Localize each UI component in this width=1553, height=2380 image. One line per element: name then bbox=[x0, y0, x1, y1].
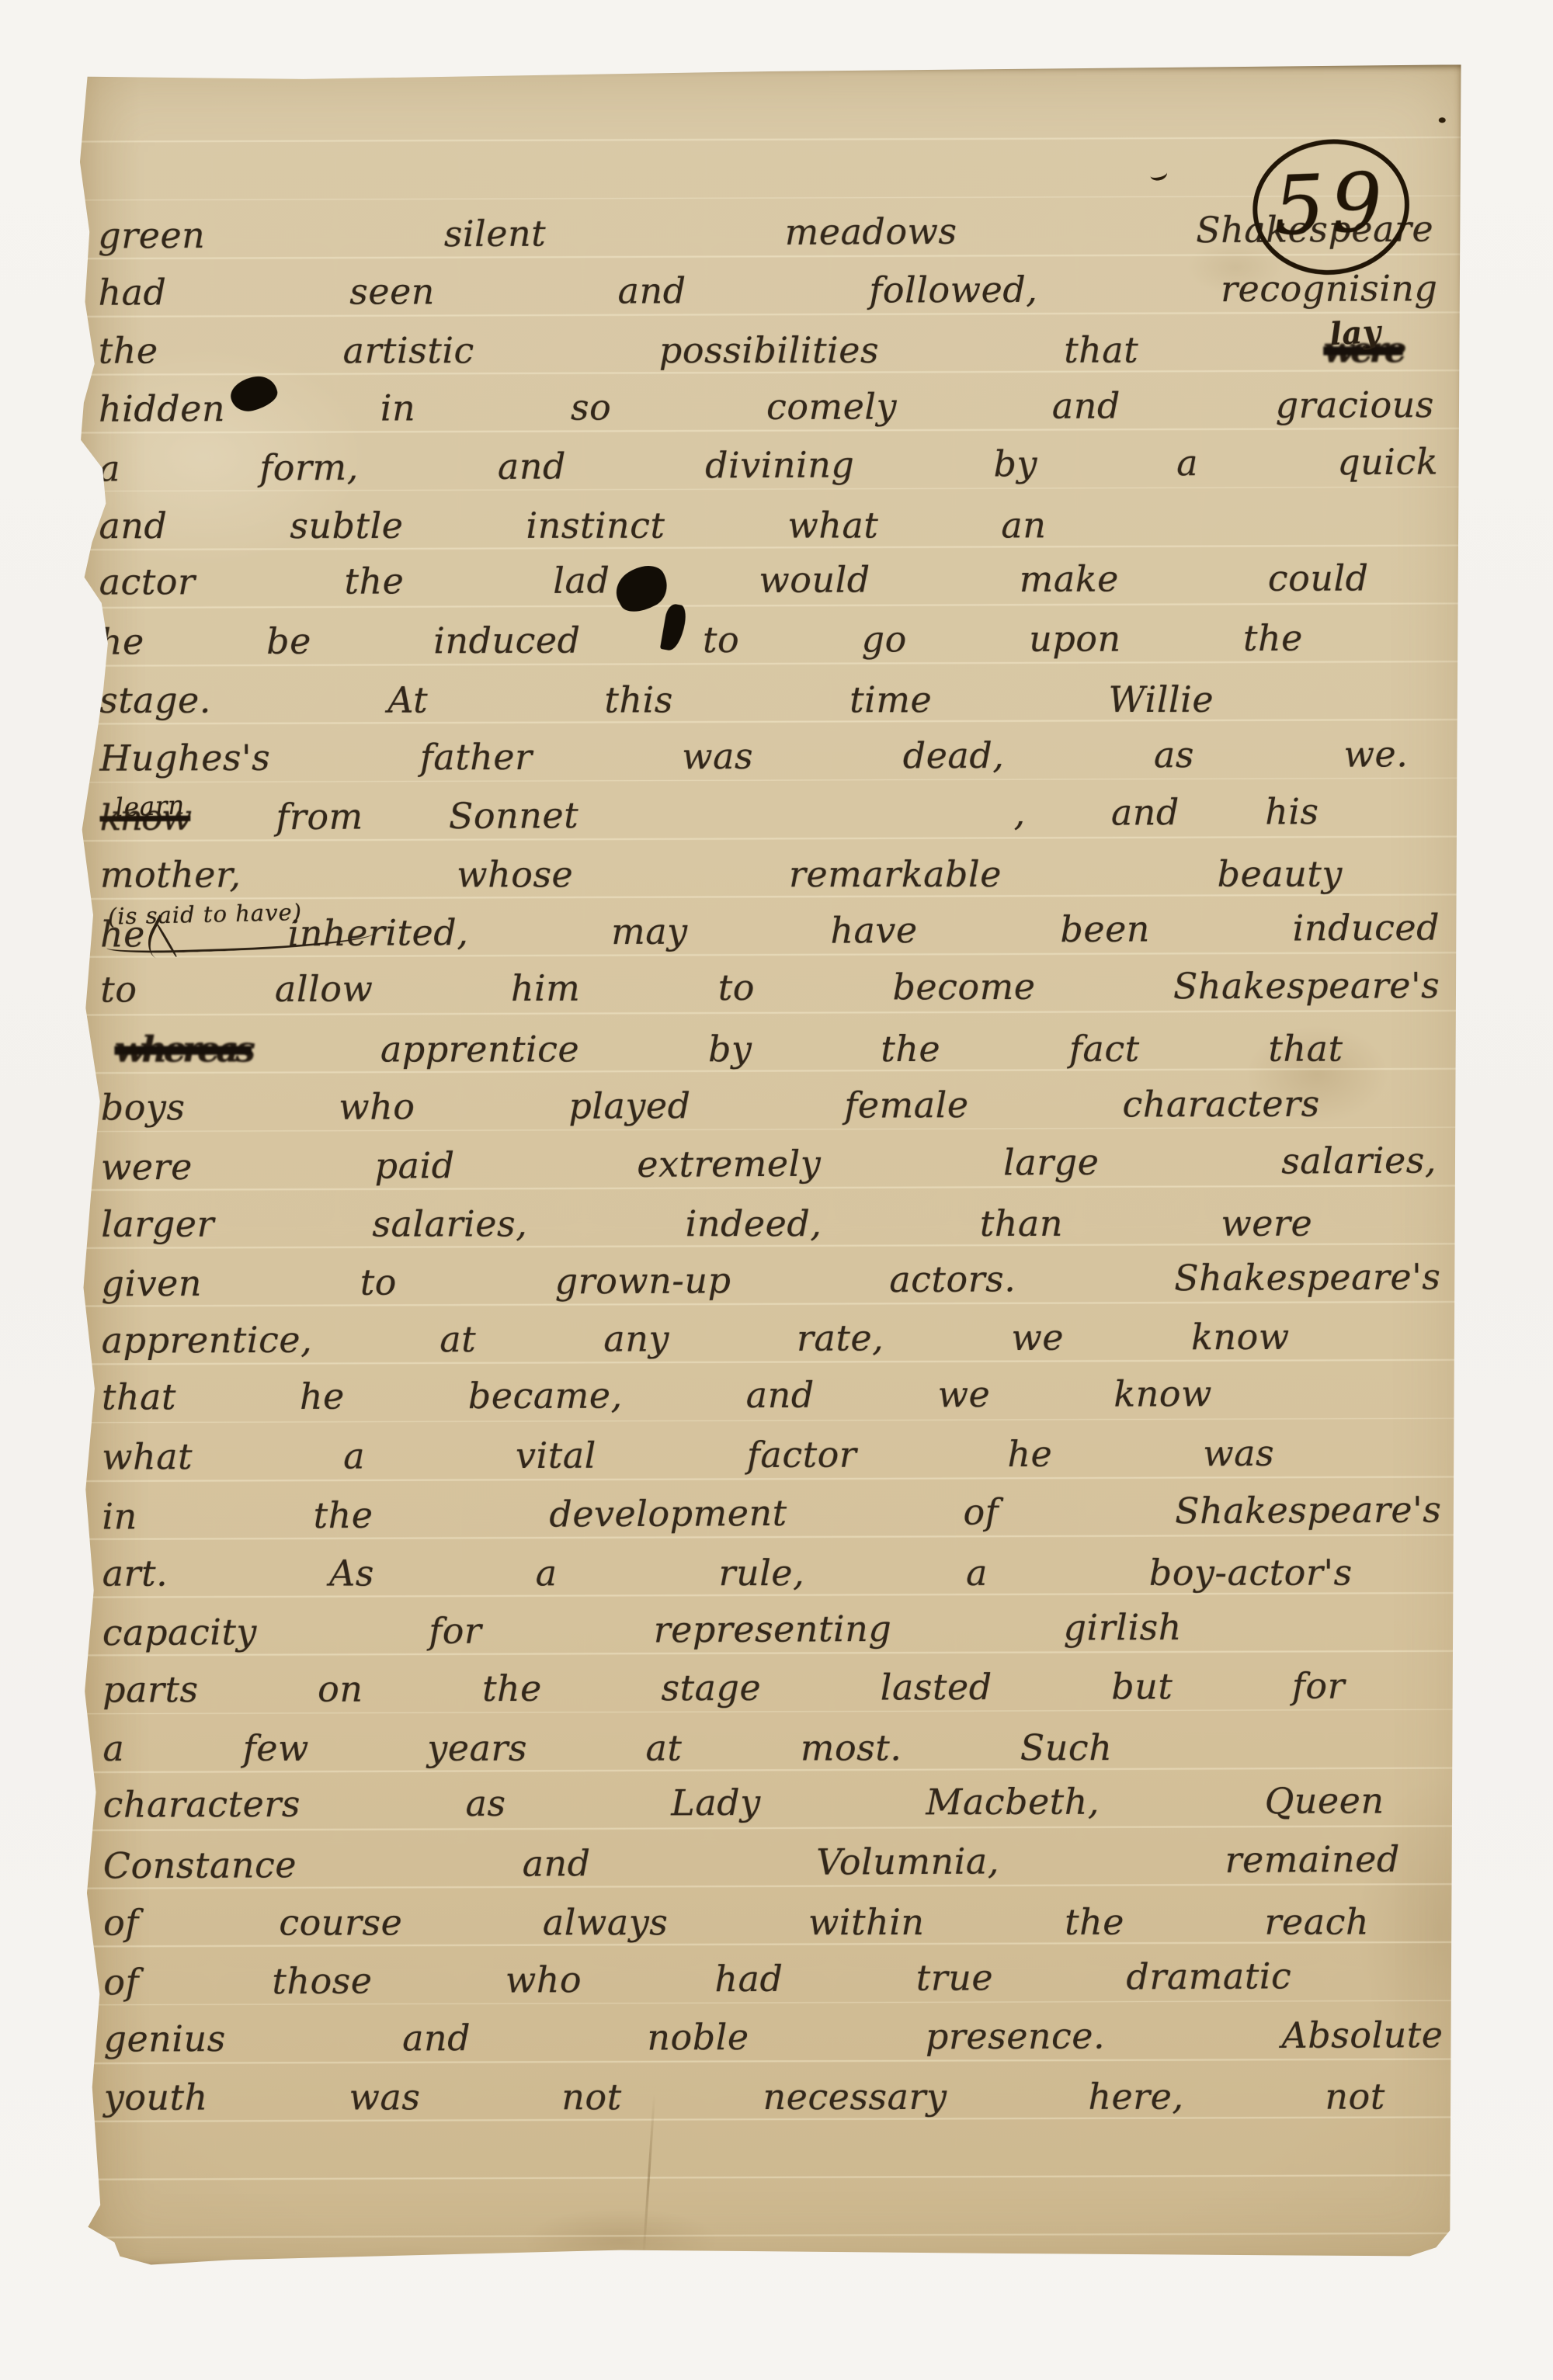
line-text: genius and noble presence. Absolute bbox=[103, 2014, 1443, 2059]
text-line: of those who had true dramatic bbox=[103, 1947, 1291, 2011]
line-text: green silent meadows Shakespeare bbox=[98, 208, 1433, 257]
text-line: given to grown-up actors. Shakespeare's bbox=[101, 1247, 1440, 1313]
text-line: had seen and followed, recognising bbox=[98, 259, 1437, 321]
text-line: of course always within the reach bbox=[103, 1893, 1369, 1952]
manuscript-scan: 59 green silent meadows Shakespeare had … bbox=[0, 0, 1553, 2380]
line-text: had seen and followed, recognising bbox=[98, 267, 1437, 313]
line-text: stage. At this time Willie bbox=[99, 678, 1214, 721]
text-line: a form, and divining by a quick bbox=[99, 432, 1438, 498]
line-text: apprentice, at any rate, we know bbox=[102, 1316, 1290, 1362]
line-text: hidden in so comely and gracious bbox=[99, 383, 1434, 429]
text-line: youth was not necessary here, not bbox=[104, 2068, 1385, 2127]
text-line: Constance and Volumnia, remained bbox=[103, 1830, 1400, 1896]
line-text: of course always within the reach bbox=[103, 1901, 1369, 1944]
text-line: larger salaries, indeed, than were bbox=[101, 1195, 1312, 1254]
ink-tick bbox=[1149, 166, 1169, 182]
text-line: what a vital factor he was bbox=[102, 1424, 1274, 1487]
line-text: larger salaries, indeed, than were bbox=[101, 1202, 1312, 1245]
line-text: the artistic possibilities that bbox=[99, 329, 1139, 372]
line-text: boys who played female characters bbox=[101, 1083, 1320, 1129]
text-line: stage. At this time Willie bbox=[99, 671, 1214, 730]
line-text: parts on the stage lasted but for bbox=[102, 1665, 1345, 1711]
text-line: mother, whose remarkable beauty bbox=[100, 845, 1343, 904]
line-text: were paid extremely large salaries, bbox=[101, 1140, 1437, 1188]
line-text: actor the lad would make could bbox=[99, 557, 1369, 603]
line-text: characters as Lady Macbeth, Queen bbox=[102, 1780, 1384, 1826]
handwritten-text: green silent meadows Shakespeare had see… bbox=[98, 201, 1444, 2126]
text-line: and subtle instinct what an bbox=[99, 496, 1046, 555]
line-text: Constance and Volumnia, remained bbox=[103, 1838, 1400, 1887]
line-text: a form, and divining by a quick bbox=[99, 440, 1438, 489]
blank-space-for-sonnet-number bbox=[664, 826, 928, 827]
manuscript-page: 59 green silent meadows Shakespeare had … bbox=[71, 64, 1469, 2267]
text-line: capacity for representing girlish bbox=[102, 1598, 1182, 1662]
text-line: were paid extremely large salaries, bbox=[101, 1132, 1437, 1197]
inserted-phrase: (is said to have) bbox=[108, 901, 303, 928]
text-line: a few years at most. Such bbox=[102, 1719, 1112, 1778]
text-line: green silent meadows Shakespeare bbox=[98, 200, 1433, 265]
text-line-with-edit: learn know from Sonnet , and his bbox=[99, 782, 1318, 847]
line-text: youth was not necessary here, not bbox=[104, 2076, 1385, 2118]
text-line: characters as Lady Macbeth, Queen bbox=[102, 1772, 1384, 1834]
line-text: art. As a rule, a boy-actor's bbox=[102, 1552, 1353, 1594]
line-text: a few years at most. Such bbox=[102, 1726, 1112, 1769]
text-line: genius and noble presence. Absolute bbox=[103, 2006, 1443, 2068]
line-text: capacity for representing girlish bbox=[102, 1606, 1182, 1653]
line-text: given to grown-up actors. Shakespeare's bbox=[101, 1255, 1440, 1304]
line-text: he be induced to go upon the bbox=[99, 617, 1303, 663]
line-text: mother, whose remarkable beauty bbox=[100, 853, 1343, 896]
text-line-with-edit: whereas apprentice by the fact that bbox=[100, 1020, 1343, 1079]
line-text: of those who had true dramatic bbox=[103, 1955, 1291, 2003]
line-text: that he became, and we know bbox=[102, 1372, 1212, 1417]
ink-speck bbox=[1439, 117, 1446, 123]
text-line: he be induced to go upon the bbox=[99, 609, 1303, 671]
page-number: 59 bbox=[1272, 154, 1391, 254]
text-line: in the development of Shakespeare's bbox=[102, 1480, 1441, 1546]
text-line: Hughes's father was dead, as we. bbox=[99, 725, 1408, 787]
text-line-with-edit: (is said to have) he inherited, may have… bbox=[100, 898, 1440, 963]
line-text: in the development of Shakespeare's bbox=[102, 1488, 1441, 1537]
text-line: actor the lad would make could bbox=[99, 550, 1369, 612]
struck-word: know bbox=[99, 796, 190, 839]
line-text: to allow him to become Shakespeare's bbox=[100, 964, 1440, 1010]
text-line: parts on the stage lasted but for bbox=[102, 1657, 1345, 1719]
line-text: , and his bbox=[1013, 790, 1318, 834]
text-line: that he became, and we know bbox=[102, 1365, 1212, 1426]
text-line: art. As a rule, a boy-actor's bbox=[102, 1544, 1353, 1603]
line-text: and subtle instinct what an bbox=[99, 504, 1046, 546]
line-text: what a vital factor he was bbox=[102, 1432, 1274, 1478]
struck-word: whereas bbox=[115, 1029, 252, 1070]
text-line: to allow him to become Shakespeare's bbox=[100, 956, 1440, 1018]
line-text: apprentice by the fact that bbox=[380, 1028, 1343, 1070]
text-line: hidden in so comely and gracious bbox=[99, 376, 1434, 438]
text-line: boys who played female characters bbox=[101, 1075, 1320, 1137]
line-text: from Sonnet bbox=[276, 794, 578, 838]
text-line-with-edit: the artistic possibilities that were lay bbox=[99, 321, 1403, 380]
text-line: apprentice, at any rate, we know bbox=[102, 1308, 1290, 1370]
inserted-word: lay bbox=[1329, 317, 1382, 350]
line-text: Hughes's father was dead, as we. bbox=[99, 733, 1408, 779]
